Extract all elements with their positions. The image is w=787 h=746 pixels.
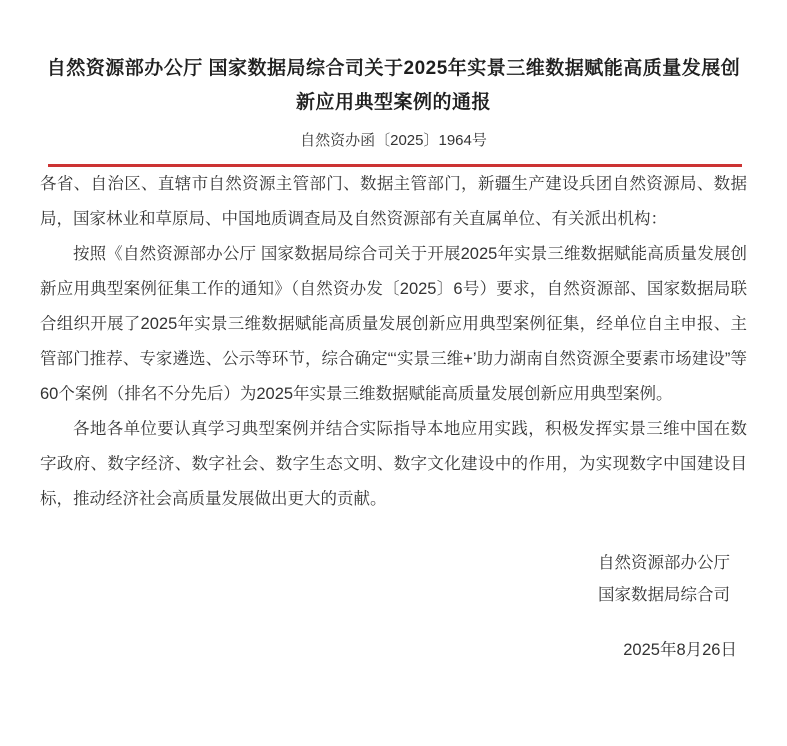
body-paragraph-requirements: 各地各单位要认真学习典型案例并结合实际指导本地应用实践，积极发挥实景三维中国在数… bbox=[40, 412, 747, 517]
signature-line-office: 自然资源部办公厅 bbox=[40, 547, 730, 579]
body-paragraph-announcement: 按照《自然资源部办公厅 国家数据局综合司关于开展2025年实景三维数据赋能高质量… bbox=[40, 237, 747, 412]
page-title: 自然资源部办公厅 国家数据局综合司关于2025年实景三维数据赋能高质量发展创新应… bbox=[42, 52, 745, 120]
document-number: 自然资办函〔2025〕1964号 bbox=[0, 131, 787, 151]
document-page: 自然资源部办公厅 国家数据局综合司关于2025年实景三维数据赋能高质量发展创新应… bbox=[0, 0, 787, 746]
signature-line-bureau: 国家数据局综合司 bbox=[40, 579, 730, 611]
document-date: 2025年8月26日 bbox=[40, 638, 737, 662]
signature-block: 自然资源部办公厅 国家数据局综合司 bbox=[40, 547, 730, 611]
body-paragraph-recipients: 各省、自治区、直辖市自然资源主管部门、数据主管部门，新疆生产建设兵团自然资源局、… bbox=[40, 167, 747, 237]
document-body: 各省、自治区、直辖市自然资源主管部门、数据主管部门，新疆生产建设兵团自然资源局、… bbox=[40, 167, 747, 517]
